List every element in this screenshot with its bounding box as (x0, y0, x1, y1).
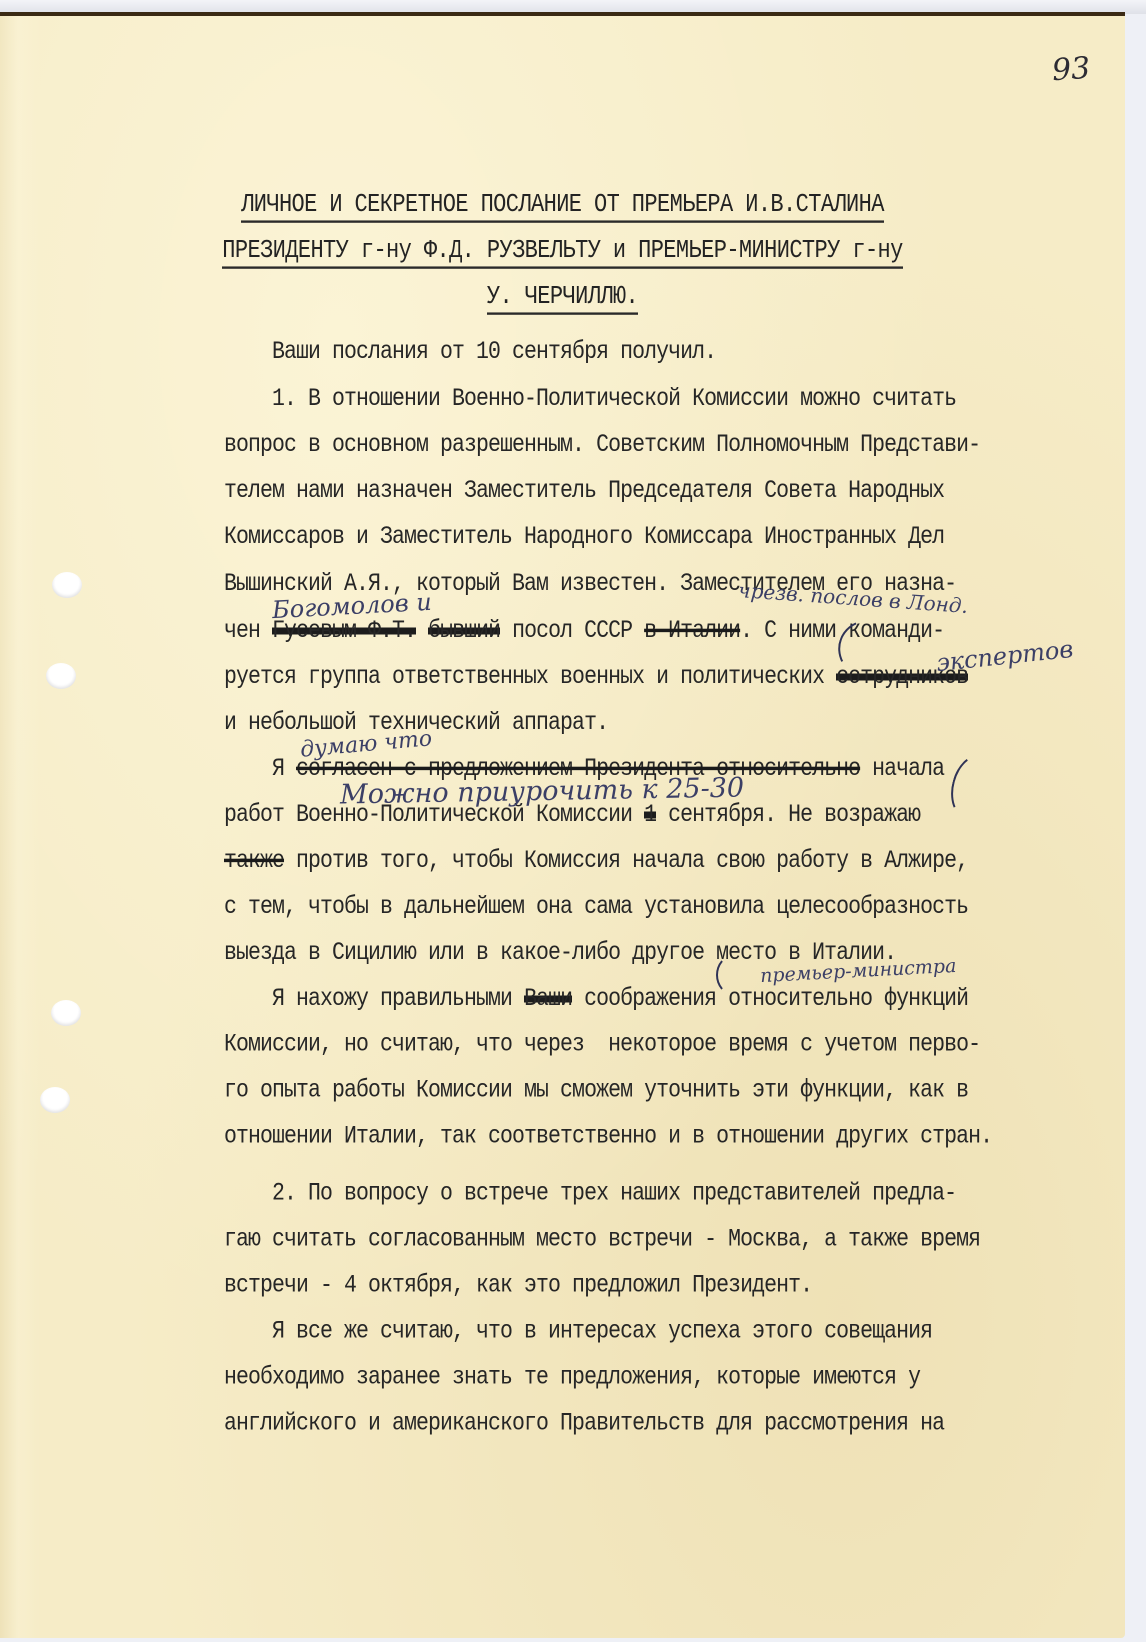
body-line: вопрос в основном разрешенным. Советским… (224, 431, 980, 459)
body-line-edited: чен Гусевым Ф.Т. бывший посол СССР в Ита… (224, 617, 944, 645)
title-line-2: ПРЕЗИДЕНТУ г-ну Ф.Д. РУЗВЕЛЬТУ и ПРЕМЬЕР… (0, 236, 1125, 266)
title-text: У. ЧЕРЧИЛЛЮ. (487, 282, 638, 315)
text: Я (224, 755, 296, 783)
text: соображения относительно функций (572, 985, 968, 1013)
body-line-edited: также против того, чтобы Комиссия начала… (224, 847, 968, 875)
body-line: 1. В отношении Военно-Политической Комис… (224, 385, 956, 413)
text: против того, чтобы Комиссия начала свою … (284, 847, 968, 875)
body-line: необходимо заранее знать те предложения,… (224, 1364, 920, 1392)
text: сентября. Не возражаю (656, 801, 920, 829)
struck-text: 1 (644, 801, 656, 829)
punch-hole (40, 1087, 70, 1113)
body-line: встречи - 4 октября, как это предложил П… (224, 1272, 812, 1300)
punch-hole (52, 572, 82, 598)
struck-text: бывший (428, 617, 500, 645)
body-line: Я все же считаю, что в интересах успеха … (224, 1318, 932, 1346)
title-line-1: ЛИЧНОЕ И СЕКРЕТНОЕ ПОСЛАНИЕ ОТ ПРЕМЬЕРА … (0, 190, 1125, 220)
body-line: английского и американского Правительств… (224, 1410, 944, 1438)
text: Я нахожу правильными (224, 985, 524, 1013)
struck-text: Ваши (524, 985, 572, 1013)
punch-hole (51, 1000, 81, 1026)
body-line: Комиссаров и Заместитель Народного Комис… (224, 523, 944, 551)
punch-hole (46, 663, 76, 689)
body-line: Ваши послания от 10 сентября получил. (224, 338, 716, 366)
text: посол СССР (500, 617, 644, 645)
text: начала (860, 755, 944, 783)
struck-text: в Италии (644, 617, 740, 645)
struck-text: также (224, 847, 284, 875)
handwritten-bracket (716, 955, 750, 995)
body-line: телем нами назначен Заместитель Председа… (224, 477, 944, 505)
title-line-3: У. ЧЕРЧИЛЛЮ. (0, 282, 1125, 312)
body-line: гаю считать согласованным место встречи … (224, 1226, 980, 1254)
title-text: ЛИЧНОЕ И СЕКРЕТНОЕ ПОСЛАНИЕ ОТ ПРЕМЬЕРА … (241, 190, 884, 223)
text: руется группа ответственных военных и по… (224, 663, 836, 691)
body-line: отношении Италии, так соответственно и в… (224, 1123, 992, 1151)
text (416, 617, 428, 645)
text: чен (224, 617, 272, 645)
body-line: го опыта работы Комиссии мы сможем уточн… (224, 1077, 968, 1105)
body-line: Комиссии, но считаю, что через некоторое… (224, 1031, 980, 1059)
body-line: с тем, чтобы в дальнейшем она сама устан… (224, 893, 968, 921)
body-line: 2. По вопросу о встрече трех наших предс… (224, 1180, 956, 1208)
body-line-edited: Я нахожу правильными Ваши соображения от… (224, 985, 968, 1013)
page-number: 93 (1051, 51, 1092, 89)
title-text: ПРЕЗИДЕНТУ г-ну Ф.Д. РУЗВЕЛЬТУ и ПРЕМЬЕР… (222, 236, 903, 269)
